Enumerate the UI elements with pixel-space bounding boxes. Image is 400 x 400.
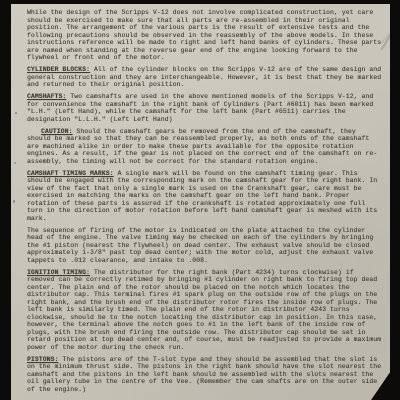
paragraph: CAMSHAFTS: Two camshafts are used in the… [27,93,383,123]
section-heading: CAMSHAFTS: [27,93,66,100]
paragraph: While the design of the Scripps V-12 doe… [27,9,383,62]
section-heading: CAUTION: [41,128,72,135]
paragraph: PISTONS: The pistons are of the T-slot t… [27,356,383,394]
section-heading: PISTONS: [27,356,58,363]
section-heading: IGNITION TIMING: [27,269,90,276]
paragraph: IGNITION TIMING: The distributor for the… [27,269,383,352]
section-heading: CAMSHAFT TIMING MARKS: [27,170,114,177]
paragraph: The sequence of firing of the motor is i… [27,227,383,265]
paragraph: CAUTION: Should the camshaft gears be re… [27,128,383,166]
scan-speck [13,200,15,203]
document-body: While the design of the Scripps V-12 doe… [27,9,383,398]
scan-speck [15,112,17,114]
paragraph: CYLINDER BLOCKS: All of the cylinder blo… [27,66,383,89]
paper: While the design of the Scripps V-12 doe… [11,4,390,400]
paragraph: CAMSHAFT TIMING MARKS: A single mark wil… [27,170,383,223]
section-heading: CYLINDER BLOCKS: [27,66,90,73]
scanned-page: While the design of the Scripps V-12 doe… [0,0,400,400]
scan-speck [14,162,16,164]
